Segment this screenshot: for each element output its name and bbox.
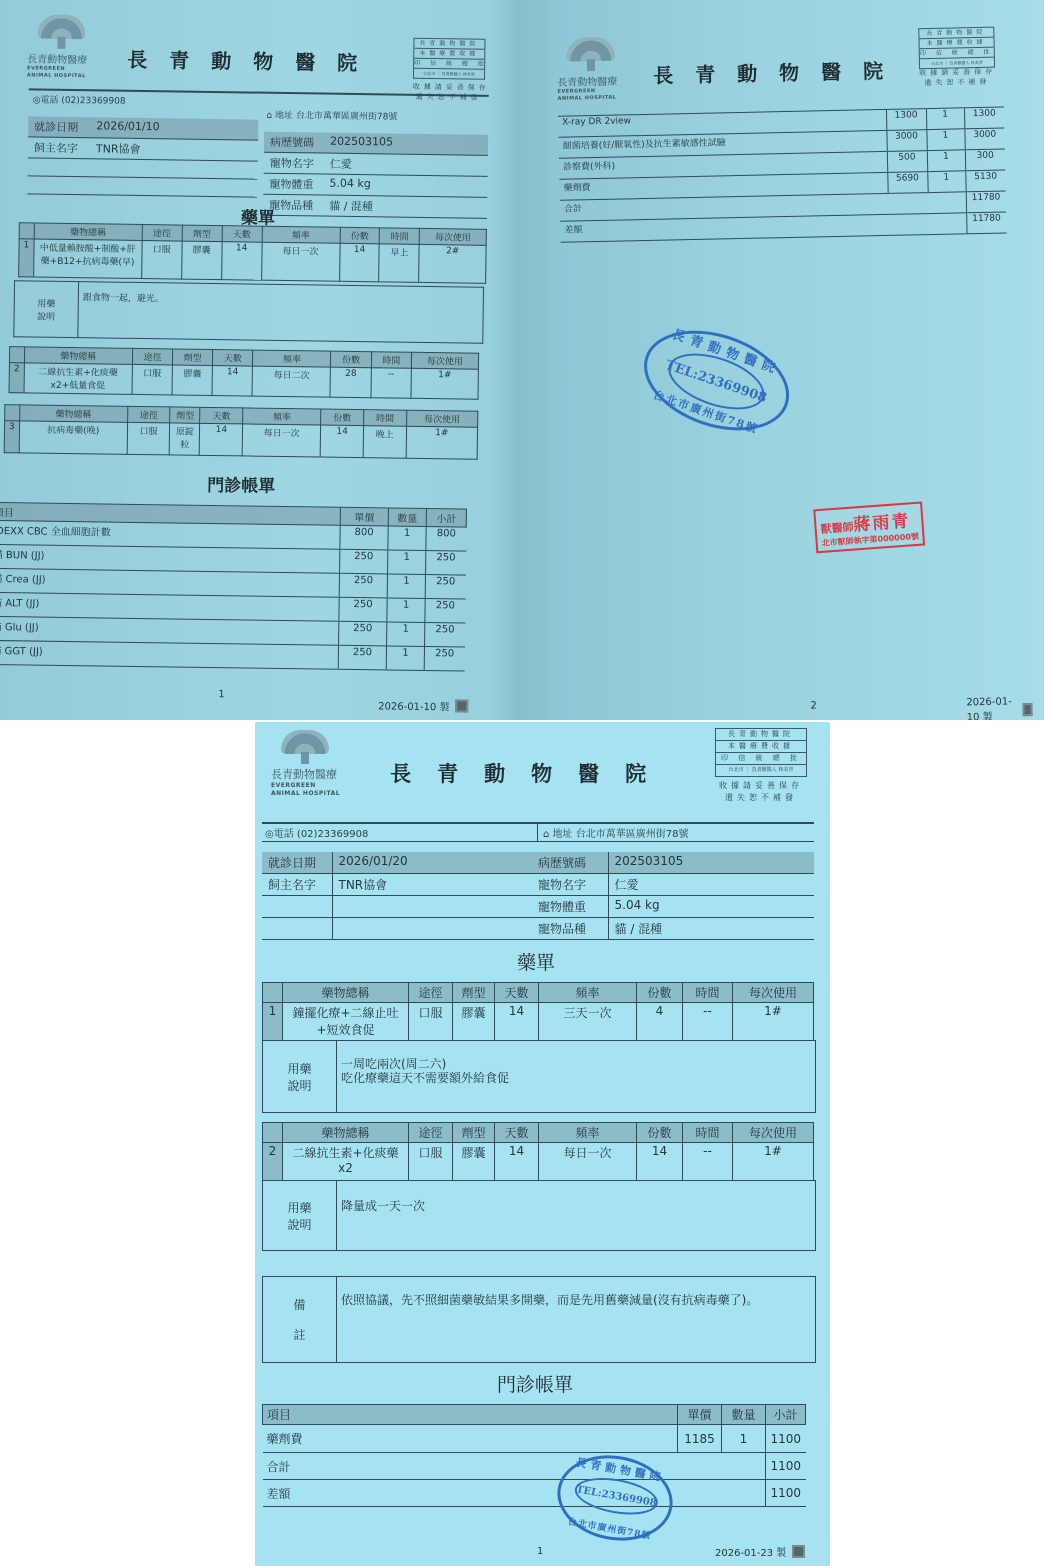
table-header-cell: 每次使用 — [733, 1123, 814, 1143]
vet-signature-stamp: 獸醫師蔣雨青 北市獸師執字第000000號 — [813, 501, 925, 553]
table-cell: 口服 — [141, 241, 181, 280]
table-cell: 14 — [495, 1003, 539, 1041]
receipt-seal-box: 長青動物醫院 本醫療費收據 印 信 統 總 批 台北市 ｜ 負責獸醫人 林美青 — [715, 728, 807, 777]
table-header-cell — [263, 983, 283, 1003]
table-cell: 202503105 — [324, 133, 488, 156]
table-row: 用藥說明跟食物一起，避光。 — [14, 281, 484, 344]
table-cell: 1# — [733, 1003, 814, 1041]
table-header-cell: 頻率 — [253, 350, 331, 367]
table-cell: 250 — [339, 597, 387, 622]
table-cell: 14 — [637, 1143, 683, 1181]
table-header-cell: 天數 — [200, 407, 243, 424]
remark-box: 備註依照協議，先不照細菌藥敏結果多開藥，而是先用舊藥減量(沒有抗病毒藥了)。 — [262, 1276, 816, 1363]
table-cell: 飼主名字 — [262, 874, 332, 896]
table-header-cell — [5, 405, 20, 421]
receipt-page-2: 長青動物醫療 EVERGREEN ANIMAL HOSPITAL 長青動物醫院 … — [548, 10, 1033, 720]
table-cell: 14 — [320, 425, 363, 458]
table-cell: 1 — [926, 108, 964, 130]
tree-logo-icon — [281, 730, 329, 764]
receipt-photo-top: 長青動物醫療 EVERGREEN ANIMAL HOSPITAL 長青動物醫院 … — [0, 0, 1044, 720]
usage-note-1: 用藥說明一周吃兩次(周二六)吃化療藥這天不需要額外給食促 — [262, 1040, 816, 1113]
table-header-cell: 項目 — [263, 1405, 678, 1425]
table-header-cell: 天數 — [495, 983, 539, 1003]
address-line: ⌂ 地址 台北市萬華區廣州街78號 — [543, 825, 688, 840]
table-row — [27, 176, 257, 197]
table-header-cell: 途徑 — [132, 348, 172, 365]
bill-heading: 門診帳單 — [207, 471, 275, 497]
table-header-cell: 劑型 — [170, 407, 200, 423]
table-cell: 1 — [387, 574, 425, 599]
table-row: 就診日期2026/01/20病歷號碼202503105 — [262, 852, 814, 874]
table-header-cell: 藥物總稱 — [24, 347, 132, 365]
table-cell: 14 — [339, 243, 379, 282]
table-header-cell: 藥物總稱 — [283, 1123, 409, 1143]
table-header-cell: 份數 — [340, 227, 380, 244]
table-row: 寵物體重5.04 kg — [262, 896, 814, 918]
table-cell: 1 — [926, 129, 964, 151]
table-cell: 1 — [722, 1425, 766, 1453]
table-cell: 1 — [927, 171, 965, 193]
table-cell: 1185 — [678, 1425, 722, 1453]
table-header-cell: 時間 — [371, 352, 411, 369]
receipt-seal-note: 收據請妥善保存 遺失恕不補發 — [413, 82, 485, 103]
table-header-cell — [19, 223, 34, 239]
table-header-cell: 時間 — [364, 410, 407, 427]
table-cell: 貓 GGT (JJ) — [0, 640, 339, 669]
table-header-cell: 途徑 — [409, 983, 453, 1003]
hospital-header: 長青動物醫療 EVERGREEN ANIMAL HOSPITAL 長青動物醫院 — [27, 14, 380, 84]
qr-code-icon — [1022, 703, 1033, 716]
table-cell: 11780 — [966, 212, 1006, 234]
prescription-item-1: 藥物總稱途徑劑型天數頻率份數時間每次使用 1中低量賴胺酸+制酸+肝藥+B12+抗… — [18, 222, 487, 284]
table-header-cell: 份數 — [321, 409, 364, 426]
table-header-cell: 小計 — [766, 1405, 806, 1425]
table-cell: 1100 — [766, 1480, 806, 1507]
table-header-cell: 天數 — [495, 1123, 539, 1143]
receipt-seal-note: 收據請妥善保存 遺失恕不補發 — [919, 67, 995, 89]
printed-date: 2026-01-10 製 — [378, 697, 468, 713]
table-cell: 寵物名字 — [264, 152, 324, 174]
table-cell: 4 — [637, 1003, 683, 1041]
hospital-title: 長青動物醫院 — [653, 55, 906, 89]
table-header-cell: 途徑 — [409, 1123, 453, 1143]
table-cell: 用藥說明 — [263, 1181, 337, 1251]
table-header-cell: 份數 — [637, 1123, 683, 1143]
table-cell: 1 — [386, 646, 424, 671]
table-row: 飼主名字TNR協會寵物名字仁愛 — [262, 874, 814, 896]
table-cell: 1 — [927, 150, 965, 172]
visit-info-left: 就診日期2026/01/10 飼主名字TNR協會 — [27, 116, 258, 197]
table-cell: 藥劑費 — [263, 1425, 678, 1453]
table-header-cell: 小計 — [426, 509, 466, 528]
table-header-cell: 每次使用 — [406, 410, 477, 427]
table-cell: 1 — [388, 526, 426, 551]
table-cell: 備註 — [263, 1277, 337, 1363]
table-header-cell: 每次使用 — [411, 352, 478, 369]
page-number: 1 — [537, 1546, 543, 1557]
table-cell: 5690 — [887, 172, 927, 194]
table-cell: 每日一次 — [261, 242, 340, 281]
table-cell — [28, 158, 90, 177]
table-header-cell: 劑型 — [453, 1123, 495, 1143]
hospital-title: 長青動物醫院 — [127, 44, 379, 77]
table-cell: 每日二次 — [252, 366, 330, 397]
table-header-cell: 藥物總稱 — [34, 223, 142, 241]
table-cell — [89, 177, 257, 197]
table-cell: 病歷號碼 — [264, 132, 324, 153]
table-cell: 就診日期 — [262, 852, 332, 874]
table-cell: 膠囊 — [453, 1143, 495, 1181]
table-cell — [27, 176, 89, 195]
qr-code-icon — [792, 1545, 805, 1558]
table-cell: 晚上 — [363, 426, 406, 459]
table-cell: 1 — [263, 1003, 283, 1041]
table-cell: 降量成一天一次 — [337, 1181, 816, 1251]
table-row: 差額1100 — [263, 1480, 806, 1507]
table-cell: 1 — [387, 622, 425, 647]
table-header-cell: 份數 — [637, 983, 683, 1003]
table-row: 2二線抗生素+化痰藥x2+低量食促口服膠囊14每日二次28--1# — [9, 363, 478, 400]
printed-date: 2026-01-23 製 — [715, 1544, 805, 1559]
table-header-cell: 藥物總稱 — [19, 405, 127, 423]
table-cell: 250 — [338, 645, 386, 670]
page-number: 2 — [810, 701, 817, 712]
table-cell: 3000 — [964, 128, 1004, 150]
table-cell: 1 — [19, 239, 34, 277]
table-cell: 口服 — [409, 1143, 453, 1181]
outpatient-bill-table-2: X-ray DR 2view130011300 細菌培養(好/厭氧性)及抗生素敏… — [558, 106, 1007, 242]
bill-heading: 門診帳單 — [497, 1370, 573, 1397]
table-cell: 跟食物一起，避光。 — [78, 282, 484, 344]
table-cell: 500 — [887, 151, 927, 173]
usage-note-1: 用藥說明跟食物一起，避光。 — [13, 280, 484, 344]
house-icon: ⌂ — [266, 111, 272, 121]
table-row: 備註依照協議，先不照細菌藥敏結果多開藥，而是先用舊藥減量(沒有抗病毒藥了)。 — [263, 1277, 816, 1363]
table-cell: 800 — [426, 527, 466, 552]
table-cell — [332, 918, 532, 940]
hospital-logo: 長青動物醫療 EVERGREEN ANIMAL HOSPITAL — [271, 730, 340, 798]
table-header-cell: 頻率 — [539, 983, 637, 1003]
table-cell: 貓 / 混種 — [608, 918, 814, 940]
table-cell: 寵物品種 — [532, 918, 608, 940]
table-cell: 寵物名字 — [532, 874, 608, 896]
table-cell: 3 — [4, 421, 19, 453]
table-cell: 每日一次 — [242, 424, 320, 457]
prescription-item-1: 藥物總稱途徑劑型天數頻率份數時間每次使用 1鐘擺化療+二線止吐+短效食促口服膠囊… — [262, 982, 814, 1041]
table-cell: 5130 — [965, 170, 1005, 192]
table-cell: 差額 — [263, 1480, 766, 1507]
table-cell: 250 — [339, 573, 387, 598]
table-cell: 14 — [200, 423, 243, 456]
table-row: 藥劑費118511100 — [263, 1425, 806, 1453]
table-header-cell: 途徑 — [142, 225, 182, 242]
hospital-header: 長青動物醫療 EVERGREEN ANIMAL HOSPITAL 長青動物醫院 — [271, 730, 672, 798]
outpatient-bill-table-1: 項目單價數量小計 IDEXX CBC 全血細胞計數8001800 貓 BUN (… — [0, 502, 467, 672]
table-cell: 14 — [495, 1143, 539, 1181]
page-number: 1 — [218, 689, 225, 700]
table-cell: 1# — [411, 368, 479, 399]
table-cell: 1 — [388, 550, 426, 575]
table-cell: 二線抗生素+化痰藥x2+低量食促 — [24, 363, 132, 395]
table-cell: 寵物體重 — [263, 173, 323, 195]
table-cell: 用藥說明 — [14, 281, 79, 338]
printed-date: 2026-01-10 製 — [966, 696, 1033, 720]
table-cell: 800 — [340, 525, 388, 550]
table-cell: TNR協會 — [332, 874, 532, 896]
table-cell: 1100 — [766, 1425, 806, 1453]
table-cell — [262, 896, 332, 918]
table-header-cell: 份數 — [331, 351, 371, 368]
table-cell: 11780 — [966, 191, 1006, 213]
table-cell: 5.04 kg — [608, 896, 814, 918]
table-header-cell: 頻率 — [262, 226, 340, 243]
receipt-seal-box: 長青動物醫院 本醫療費收據 印 信 統 總 批 台北市 ｜ 負責獸醫人 林美青 — [918, 27, 995, 70]
table-cell: 250 — [425, 598, 465, 623]
table-cell: 2 — [263, 1143, 283, 1181]
table-cell: 合計 — [263, 1453, 766, 1480]
table-header-cell: 每次使用 — [420, 228, 487, 245]
table-cell: 就診日期 — [28, 116, 90, 137]
table-cell: 原錠粒 — [170, 423, 200, 455]
table-cell: 250 — [339, 621, 387, 646]
table-cell: 2026/01/10 — [90, 117, 258, 140]
qr-code-icon — [455, 699, 468, 712]
table-header-cell: 數量 — [388, 508, 426, 527]
table-cell: 用藥說明 — [263, 1041, 337, 1113]
phone-line: ◎電話 (02)23369908 — [33, 92, 126, 106]
table-cell: 14 — [212, 366, 253, 397]
prescription-item-2: 藥物總稱途徑劑型天數頻率份數時間每次使用 2二線抗生素+化痰藥x2口服膠囊14每… — [262, 1122, 814, 1181]
outpatient-bill-table-3: 項目單價數量小計 藥劑費118511100 合計1100 差額1100 — [262, 1404, 806, 1507]
table-cell — [262, 918, 332, 940]
table-header-cell: 每次使用 — [733, 983, 814, 1003]
hospital-header: 長青動物醫療 EVERGREEN ANIMAL HOSPITAL 長青動物醫院 — [556, 31, 905, 103]
remark-text: 依照協議，先不照細菌藥敏結果多開藥，而是先用舊藥減量(沒有抗病毒藥了)。 — [337, 1277, 816, 1363]
table-cell: 口服 — [132, 364, 173, 395]
table-cell: 28 — [330, 367, 371, 398]
table-cell: 膠囊 — [181, 241, 221, 280]
table-cell: 三天一次 — [539, 1003, 637, 1041]
table-header-cell — [263, 1123, 283, 1143]
table-cell: 5.04 kg — [323, 174, 487, 197]
table-cell: 仁愛 — [608, 874, 814, 896]
table-row: 藥物總稱途徑劑型天數頻率份數時間每次使用 — [263, 1123, 814, 1143]
table-cell: 膠囊 — [172, 365, 213, 396]
table-header-cell: 頻率 — [539, 1123, 637, 1143]
phone-line: ◎電話 (02)23369908 — [265, 825, 368, 840]
table-header-cell: 時間 — [683, 983, 733, 1003]
visit-info: 就診日期2026/01/20病歷號碼202503105 飼主名字TNR協會寵物名… — [262, 852, 814, 940]
page-fold-shadow — [490, 0, 550, 720]
table-cell: 250 — [425, 622, 465, 647]
table-header-cell: 藥物總稱 — [283, 983, 409, 1003]
table-row: 用藥說明一周吃兩次(周二六)吃化療藥這天不需要額外給食促 — [263, 1041, 816, 1113]
table-header-cell: 時間 — [683, 1123, 733, 1143]
receipt-seal-box: 長青動物醫院 本醫療費收據 印 信 統 總 批 台北市 ｜ 負責獸醫人 林美青 — [413, 38, 486, 80]
table-cell: 口服 — [127, 422, 170, 455]
table-cell: 1300 — [964, 107, 1004, 129]
table-cell: 250 — [425, 574, 465, 599]
table-cell: 202503105 — [608, 852, 814, 874]
table-header-cell: 單價 — [678, 1405, 722, 1425]
table-cell: -- — [683, 1143, 733, 1181]
table-cell: 1# — [406, 426, 478, 459]
table-header-cell: 天數 — [213, 350, 253, 367]
tree-logo-icon — [37, 15, 85, 50]
table-header-cell: 數量 — [722, 1405, 766, 1425]
table-cell: 1 — [387, 598, 425, 623]
table-cell: 250 — [424, 646, 464, 671]
table-cell: 2# — [419, 244, 486, 283]
table-row: 寵物品種貓 / 混種 — [263, 194, 487, 218]
table-cell — [90, 159, 258, 179]
table-cell: 口服 — [409, 1003, 453, 1041]
table-cell: 每日一次 — [539, 1143, 637, 1181]
table-cell: 病歷號碼 — [532, 852, 608, 874]
hospital-title: 長青動物醫院 — [390, 758, 672, 788]
table-header-cell: 頻率 — [243, 408, 321, 425]
prescription-item-3: 藥物總稱途徑劑型天數頻率份數時間每次使用 3抗病毒藥(晚)口服原錠粒14每日一次… — [4, 404, 479, 460]
table-cell — [332, 896, 532, 918]
table-header-cell: 單價 — [340, 507, 388, 526]
table-cell: 抗病毒藥(晚) — [19, 421, 127, 455]
table-header-cell: 途徑 — [127, 406, 170, 423]
table-header-cell — [9, 347, 24, 363]
table-cell: 14 — [221, 242, 261, 281]
hospital-stamp: 長青動物醫院 TEL:23369908 台北市廣州街78號 — [631, 313, 803, 448]
prescription-item-2: 藥物總稱途徑劑型天數頻率份數時間每次使用 2二線抗生素+化痰藥x2+低量食促口服… — [9, 346, 480, 400]
table-cell: 中低量賴胺酸+制酸+肝藥+B12+抗病毒藥(早) — [33, 239, 142, 279]
table-row: 項目單價數量小計 — [263, 1405, 806, 1425]
table-header-cell: 時間 — [380, 228, 420, 245]
receipt-page-3: 長青動物醫療 EVERGREEN ANIMAL HOSPITAL 長青動物醫院 … — [255, 722, 830, 1566]
table-cell: -- — [371, 368, 412, 399]
table-row: 1鐘擺化療+二線止吐+短效食促口服膠囊14三天一次4--1# — [263, 1003, 814, 1041]
table-cell: 2 — [9, 363, 24, 393]
table-row: 寵物品種貓 / 混種 — [262, 918, 814, 940]
table-cell: 1300 — [886, 109, 926, 131]
table-header-cell: 劑型 — [453, 983, 495, 1003]
receipt-seal-note: 收據請妥善保存 遺失恕不補發 — [711, 780, 811, 804]
table-cell: 寵物體重 — [532, 896, 608, 918]
table-header-cell: 天數 — [222, 226, 262, 243]
address-line: ⌂ 地址 台北市萬華區廣州街78號 — [266, 108, 397, 123]
table-cell: 2026/01/20 — [332, 852, 532, 874]
table-cell: 二線抗生素+化痰藥x2 — [283, 1143, 409, 1181]
table-cell: 1100 — [766, 1453, 806, 1480]
table-header-cell: 劑型 — [182, 225, 222, 242]
hospital-logo: 長青動物醫療 EVERGREEN ANIMAL HOSPITAL — [27, 14, 88, 80]
table-cell: 貓 / 混種 — [323, 195, 487, 218]
table-row: 1中低量賴胺酸+制酸+肝藥+B12+抗病毒藥(早)口服膠囊14每日一次14早上2… — [19, 239, 486, 284]
table-cell: 鐘擺化療+二線止吐+短效食促 — [283, 1003, 409, 1041]
table-cell: 1# — [733, 1143, 814, 1181]
table-cell: -- — [683, 1003, 733, 1041]
table-cell: 飼主名字 — [28, 137, 90, 159]
table-row: 藥物總稱途徑劑型天數頻率份數時間每次使用 — [263, 983, 814, 1003]
table-cell: 250 — [340, 549, 388, 574]
house-icon: ⌂ — [543, 829, 549, 840]
table-cell: TNR協會 — [90, 138, 258, 161]
table-cell: 早上 — [379, 244, 419, 283]
table-row: 合計1100 — [263, 1453, 806, 1480]
prescription-heading: 藥單 — [517, 948, 555, 975]
table-cell: 250 — [426, 550, 466, 575]
table-row: 2二線抗生素+化痰藥x2口服膠囊14每日一次14--1# — [263, 1143, 814, 1181]
table-header-cell: 劑型 — [172, 349, 212, 366]
hospital-logo: 長青動物醫療 EVERGREEN ANIMAL HOSPITAL — [556, 37, 617, 103]
table-cell: 3000 — [886, 130, 926, 152]
table-row: 3抗病毒藥(晚)口服原錠粒14每日一次14晚上1# — [4, 421, 477, 460]
table-row: 用藥說明降量成一天一次 — [263, 1181, 816, 1251]
table-cell: 一周吃兩次(周二六)吃化療藥這天不需要額外給食促 — [337, 1041, 816, 1113]
receipt-page-1: 長青動物醫療 EVERGREEN ANIMAL HOSPITAL 長青動物醫院 … — [0, 0, 500, 720]
tree-logo-icon — [566, 37, 615, 72]
table-cell: 300 — [965, 149, 1005, 171]
table-cell: 仁愛 — [324, 153, 488, 176]
table-cell: 膠囊 — [453, 1003, 495, 1041]
usage-note-2: 用藥說明降量成一天一次 — [262, 1180, 816, 1251]
pet-info-right: 病歷號碼202503105 寵物名字仁愛 寵物體重5.04 kg 寵物品種貓 /… — [263, 132, 488, 219]
